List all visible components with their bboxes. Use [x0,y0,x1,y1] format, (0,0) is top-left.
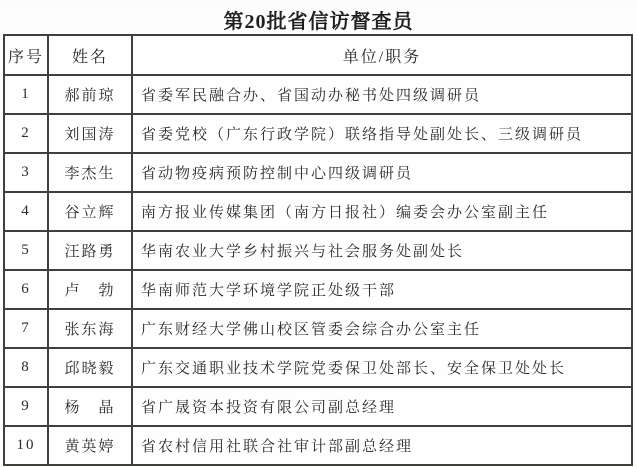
table-row: 5 汪路勇 华南农业大学乡村振兴与社会服务处副处长 [4,231,632,270]
row-index: 9 [4,387,48,426]
table-row: 3 李杰生 省动物疫病预防控制中心四级调研员 [4,153,632,192]
row-position: 华南师范大学环境学院正处级干部 [132,270,632,309]
row-position: 省动物疫病预防控制中心四级调研员 [132,153,632,192]
row-index: 10 [4,426,48,465]
row-position: 广东交通职业技术学院党委保卫处部长、安全保卫处处长 [132,348,632,387]
row-name: 汪路勇 [48,231,132,270]
row-position: 省委党校（广东行政学院）联络指导处副处长、三级调研员 [132,114,632,153]
table-row: 2 刘国涛 省委党校（广东行政学院）联络指导处副处长、三级调研员 [4,114,632,153]
row-name: 刘国涛 [48,114,132,153]
header-index: 序号 [4,35,48,75]
table-row: 7 张东海 广东财经大学佛山校区管委会综合办公室主任 [4,309,632,348]
document-page: 第20批省信访督查员 序号 姓名 单位/职务 1 郝前琼 省委军民融合办、省国动… [0,0,637,467]
row-name: 李杰生 [48,153,132,192]
row-name: 郝前琼 [48,75,132,114]
row-index: 6 [4,270,48,309]
table-row: 10 黄英婷 省农村信用社联合社审计部副总经理 [4,426,632,465]
page-title: 第20批省信访督查员 [0,0,637,31]
row-position: 省农村信用社联合社审计部副总经理 [132,426,632,465]
table-row: 1 郝前琼 省委军民融合办、省国动办秘书处四级调研员 [4,75,632,114]
row-index: 1 [4,75,48,114]
row-index: 7 [4,309,48,348]
row-name: 邱晓毅 [48,348,132,387]
row-position: 华南农业大学乡村振兴与社会服务处副处长 [132,231,632,270]
row-index: 4 [4,192,48,231]
row-position: 省广晟资本投资有限公司副总经理 [132,387,632,426]
row-position: 南方报业传媒集团（南方日报社）编委会办公室副主任 [132,192,632,231]
header-name: 姓名 [48,35,132,75]
row-index: 3 [4,153,48,192]
table-row: 8 邱晓毅 广东交通职业技术学院党委保卫处部长、安全保卫处处长 [4,348,632,387]
row-name: 卢 勃 [48,270,132,309]
row-position: 省委军民融合办、省国动办秘书处四级调研员 [132,75,632,114]
row-name: 杨 晶 [48,387,132,426]
table-row: 9 杨 晶 省广晟资本投资有限公司副总经理 [4,387,632,426]
row-position: 广东财经大学佛山校区管委会综合办公室主任 [132,309,632,348]
row-index: 2 [4,114,48,153]
row-index: 5 [4,231,48,270]
header-position: 单位/职务 [132,35,632,75]
roster-table: 序号 姓名 单位/职务 1 郝前琼 省委军民融合办、省国动办秘书处四级调研员 2… [3,34,633,466]
row-name: 黄英婷 [48,426,132,465]
table-header-row: 序号 姓名 单位/职务 [4,35,632,75]
row-name: 张东海 [48,309,132,348]
row-name: 谷立辉 [48,192,132,231]
table-row: 6 卢 勃 华南师范大学环境学院正处级干部 [4,270,632,309]
table-row: 4 谷立辉 南方报业传媒集团（南方日报社）编委会办公室副主任 [4,192,632,231]
table-body: 1 郝前琼 省委军民融合办、省国动办秘书处四级调研员 2 刘国涛 省委党校（广东… [4,75,632,465]
row-index: 8 [4,348,48,387]
